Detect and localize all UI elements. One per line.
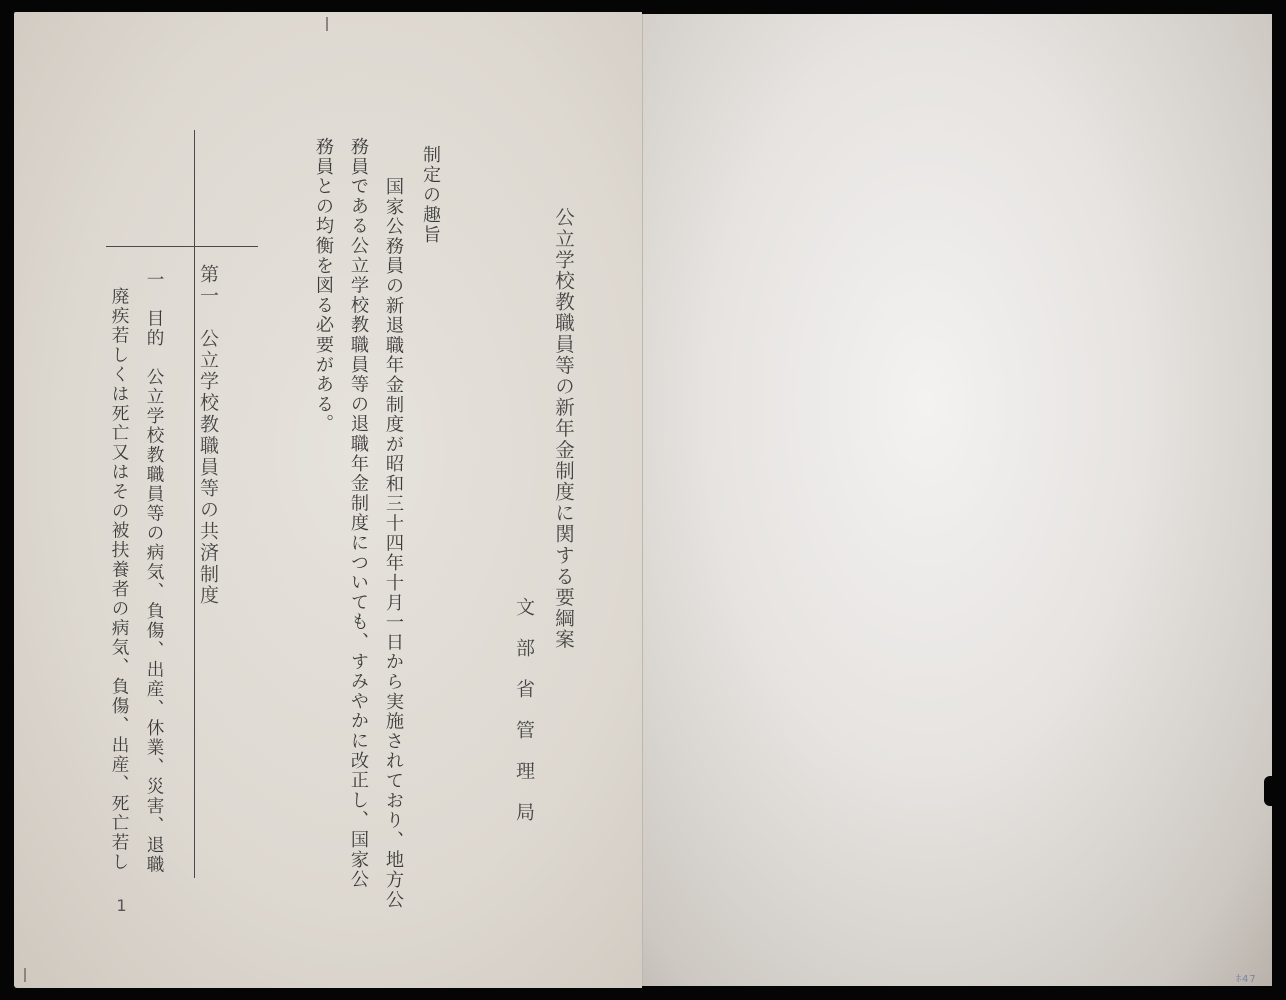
left-page: 公立学校教職員等の新年金制度に関する要綱案 文部省管理局 制定の趣旨 国家公務員… <box>14 12 642 988</box>
horizontal-rule <box>106 246 258 247</box>
purpose-line-2: 務員である公立学校教職員等の退職年金制度についても、すみやかに改正し、国家公 <box>345 137 371 889</box>
scan-mark <box>326 17 328 31</box>
item-1-line-1: 一 目的 公立学校教職員等の病気、負傷、出産、休業、災害、退職 <box>142 270 167 875</box>
purpose-line-3: 務員との均衡を図る必要がある。 <box>310 137 336 434</box>
item-1-line-2: 廃疾若しくは死亡又はその被扶養者の病気、負傷、出産、死亡若し <box>107 287 132 872</box>
pencil-annotation: ﾎ47 <box>1236 970 1257 985</box>
purpose-line-1: 国家公務員の新退職年金制度が昭和三十四年十月一日から実施されており、地方公 <box>380 177 406 910</box>
section-1-heading: 第一 公立学校教職員等の共済制度 <box>195 264 222 606</box>
document-title: 公立学校教職員等の新年金制度に関する要綱案 <box>549 207 577 650</box>
page-tear <box>1264 776 1272 806</box>
page-number: 1 <box>112 896 131 915</box>
document-author: 文部省管理局 <box>511 597 538 843</box>
scan-mark <box>24 968 26 982</box>
purpose-heading: 制定の趣旨 <box>417 145 443 245</box>
right-page-blank <box>642 14 1272 986</box>
